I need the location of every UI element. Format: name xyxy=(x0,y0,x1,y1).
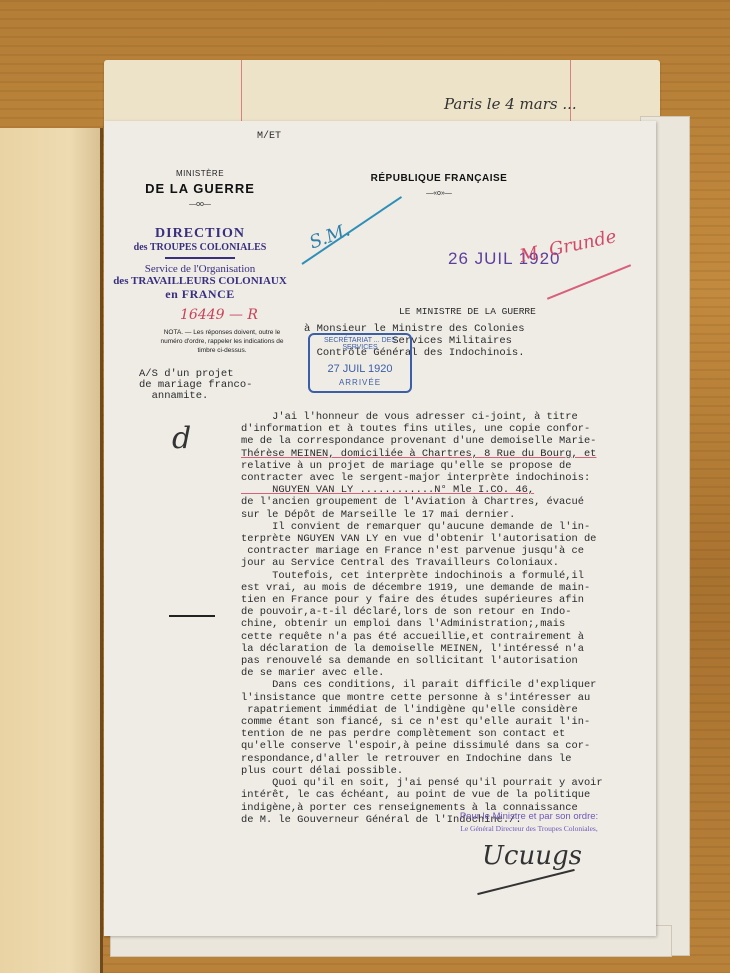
body-line: jour au Service Central des Travailleurs… xyxy=(241,557,646,569)
body-line: sur le Dépôt de Marseille le 17 mai dern… xyxy=(241,509,646,521)
body-line: respondance,d'aller le retrouver en Indo… xyxy=(241,753,646,765)
blue-pencil-annotation: S.M. xyxy=(307,220,353,254)
signature-underline xyxy=(477,869,575,895)
subject-line: A/S d'un projet de mariage franco- annam… xyxy=(139,369,252,402)
body-line: qu'elle conserve l'espoir,à peine dissim… xyxy=(241,740,646,752)
body-line: Il convient de remarquer qu'aucune deman… xyxy=(241,521,646,533)
direction-stamp-line1: DIRECTION xyxy=(104,226,296,242)
red-ink-signature: M. Grunde xyxy=(518,226,618,267)
body-line: J'ai l'honneur de vous adresser ci-joint… xyxy=(241,411,646,423)
body-line: tention de ne pas perdre complètement so… xyxy=(241,728,646,740)
arrival-stamp-header: SECRÉTARIAT ... DES SERVICES xyxy=(310,337,410,351)
nota-text: NOTA. — Les réponses doivent, outre le n… xyxy=(152,328,292,355)
folder-left-page xyxy=(0,128,103,973)
body-line: Toutefois, cet interprète indochinois a … xyxy=(241,570,646,582)
margin-initial: d xyxy=(172,421,191,456)
arrival-stamp-date: 27 JUIL 1920 xyxy=(310,363,410,375)
body-line: chine, obtenir un emploi dans l'Administ… xyxy=(241,618,646,630)
letter-body: J'ai l'honneur de vous adresser ci-joint… xyxy=(241,411,646,826)
republic-ornament: —«o»— xyxy=(359,190,519,197)
republic-title: RÉPUBLIQUE FRANÇAISE xyxy=(359,173,519,184)
body-line: Dans ces conditions, il parait difficile… xyxy=(241,679,646,691)
body-line: Thérèse MEINEN, domiciliée à Chartres, 8… xyxy=(241,448,646,460)
body-line: l'insistance que montre cette personne à… xyxy=(241,692,646,704)
body-line: intérêt, le cas échéant, au point de vue… xyxy=(241,789,646,801)
sender-title: LE MINISTRE DE LA GUERRE xyxy=(399,306,536,317)
reference-code: M/ET xyxy=(257,131,281,142)
body-line: NGUYEN VAN LY ............N° Mle I.CO. 4… xyxy=(241,484,646,496)
letterhead-ornament: —oo— xyxy=(104,201,296,208)
body-line: contracter avec le sergent-major interpr… xyxy=(241,472,646,484)
arrival-stamp: SECRÉTARIAT ... DES SERVICES 27 JUIL 192… xyxy=(308,333,412,393)
signature-block-line1: Pour le Ministre et par son ordre: xyxy=(404,811,654,822)
body-line: terprète NGUYEN VAN LY en vue d'obtenir … xyxy=(241,533,646,545)
direction-stamp-line5: en FRANCE xyxy=(104,287,296,302)
arrival-stamp-label: ARRIVÉE xyxy=(310,378,410,387)
body-line: me de la correspondance provenant d'une … xyxy=(241,435,646,447)
republic-header: RÉPUBLIQUE FRANÇAISE —«o»— xyxy=(359,173,519,197)
red-ink-swoop xyxy=(547,264,631,300)
body-line: pas renouvelé sa demande en sollicitant … xyxy=(241,655,646,667)
body-line: comme étant son fiancé, si ce n'est qu'e… xyxy=(241,716,646,728)
body-line: de se marier avec elle. xyxy=(241,667,646,679)
body-line: rapatriement immédiat de l'indigène qu'e… xyxy=(241,704,646,716)
document-sheet: M/ET MINISTÈRE DE LA GUERRE —oo— RÉPUBLI… xyxy=(104,121,656,936)
signature-block: Pour le Ministre et par son ordre: Le Gé… xyxy=(404,811,654,833)
direction-stamp-line4: des TRAVAILLEURS COLONIAUX xyxy=(104,275,296,287)
body-line: tien en France pour y faire des études s… xyxy=(241,594,646,606)
envelope-handwriting: Paris le 4 mars ... xyxy=(444,95,577,113)
direction-stamp: DIRECTION des TROUPES COLONIALES Service… xyxy=(104,226,296,302)
body-line: d'information et à toutes fins utiles, u… xyxy=(241,423,646,435)
signature-block-line2: Le Général Directeur des Troupes Colonia… xyxy=(404,824,654,833)
direction-stamp-rule xyxy=(165,257,235,259)
body-line: cette requête n'a pas été accueillie,et … xyxy=(241,631,646,643)
handwritten-signature: Ucuugs xyxy=(482,841,582,871)
body-line: plus court délai possible. xyxy=(241,765,646,777)
body-line: de l'ancien groupement de l'Aviation à C… xyxy=(241,496,646,508)
body-line: de pouvoir,a-t-il déclaré,lors de son re… xyxy=(241,606,646,618)
margin-rule xyxy=(169,615,215,617)
letterhead-line2: DE LA GUERRE xyxy=(104,181,296,196)
body-line: contracter mariage en France n'est parve… xyxy=(241,545,646,557)
letterhead-line1: MINISTÈRE xyxy=(104,169,296,178)
body-line: la déclaration de la demoiselle MEINEN, … xyxy=(241,643,646,655)
body-line: Quoi qu'il en soit, j'ai pensé qu'il pou… xyxy=(241,777,646,789)
body-line: relative à un projet de mariage qu'elle … xyxy=(241,460,646,472)
direction-stamp-line3: Service de l'Organisation xyxy=(104,263,296,275)
body-line: est vrai, au mois de décembre 1919, une … xyxy=(241,582,646,594)
registration-number: 16449 — R xyxy=(180,307,258,323)
direction-stamp-line2: des TROUPES COLONIALES xyxy=(104,242,296,253)
